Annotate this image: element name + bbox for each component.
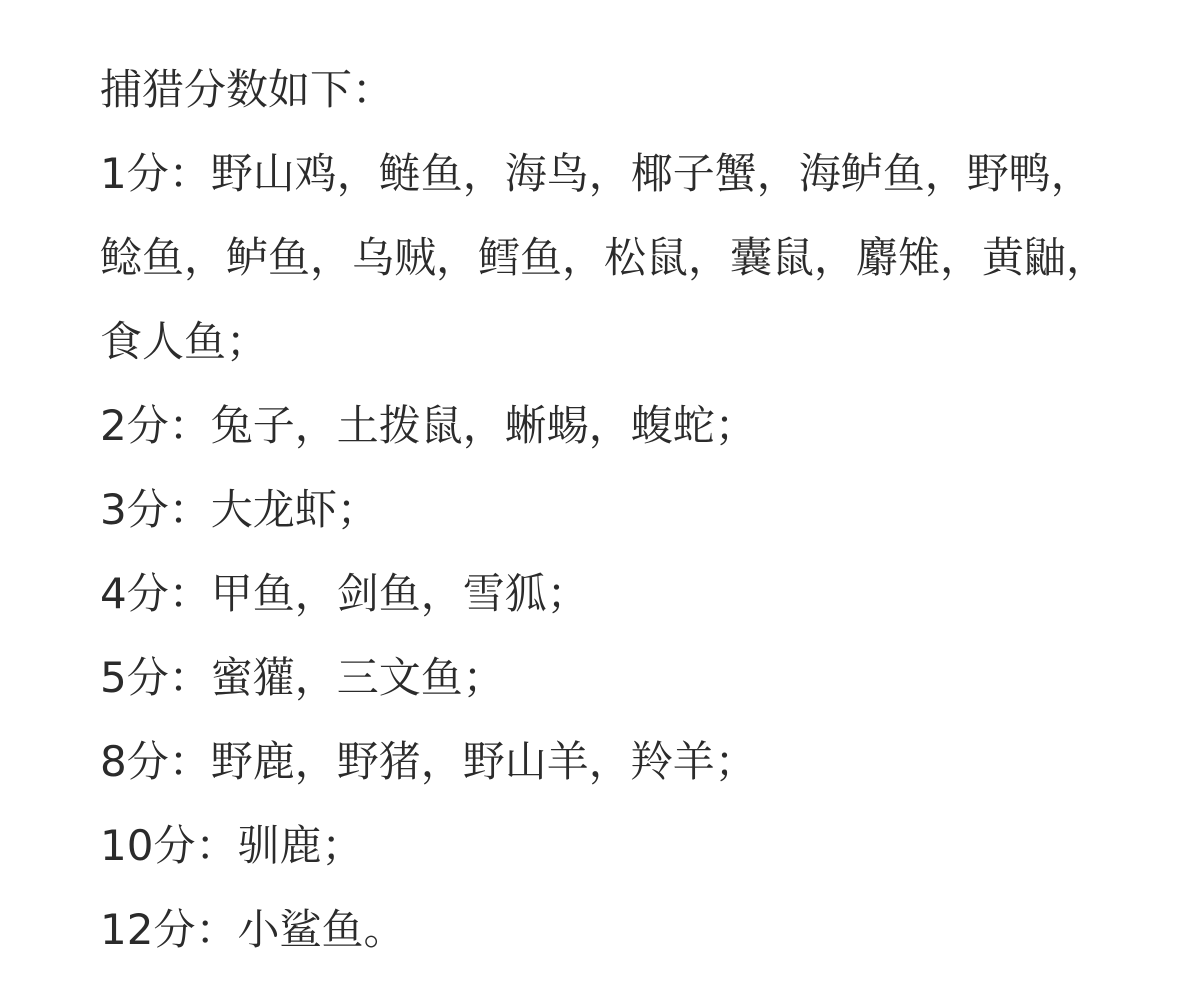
document-title: 捕猎分数如下： — [100, 48, 1140, 132]
score-line-12pt: 12分：小鲨鱼。 — [100, 888, 1140, 972]
score-line-3pt: 3分：大龙虾； — [100, 468, 1140, 552]
score-line-4pt: 4分：甲鱼，剑鱼，雪狐； — [100, 552, 1140, 636]
score-line-1pt-part2: 鲶鱼，鲈鱼，乌贼，鳕鱼，松鼠，囊鼠，麝雉，黄鼬， — [100, 216, 1140, 300]
score-line-8pt: 8分：野鹿，野猪，野山羊，羚羊； — [100, 720, 1140, 804]
score-line-10pt: 10分：驯鹿； — [100, 804, 1140, 888]
score-line-2pt: 2分：兔子，土拨鼠，蜥蜴，蝮蛇； — [100, 384, 1140, 468]
score-line-1pt-part3: 食人鱼； — [100, 300, 1140, 384]
score-line-5pt: 5分：蜜獾，三文鱼； — [100, 636, 1140, 720]
score-line-1pt-part1: 1分：野山鸡，鲢鱼，海鸟，椰子蟹，海鲈鱼，野鸭， — [100, 132, 1140, 216]
hunting-score-document: 捕猎分数如下： 1分：野山鸡，鲢鱼，海鸟，椰子蟹，海鲈鱼，野鸭， 鲶鱼，鲈鱼，乌… — [100, 48, 1140, 972]
